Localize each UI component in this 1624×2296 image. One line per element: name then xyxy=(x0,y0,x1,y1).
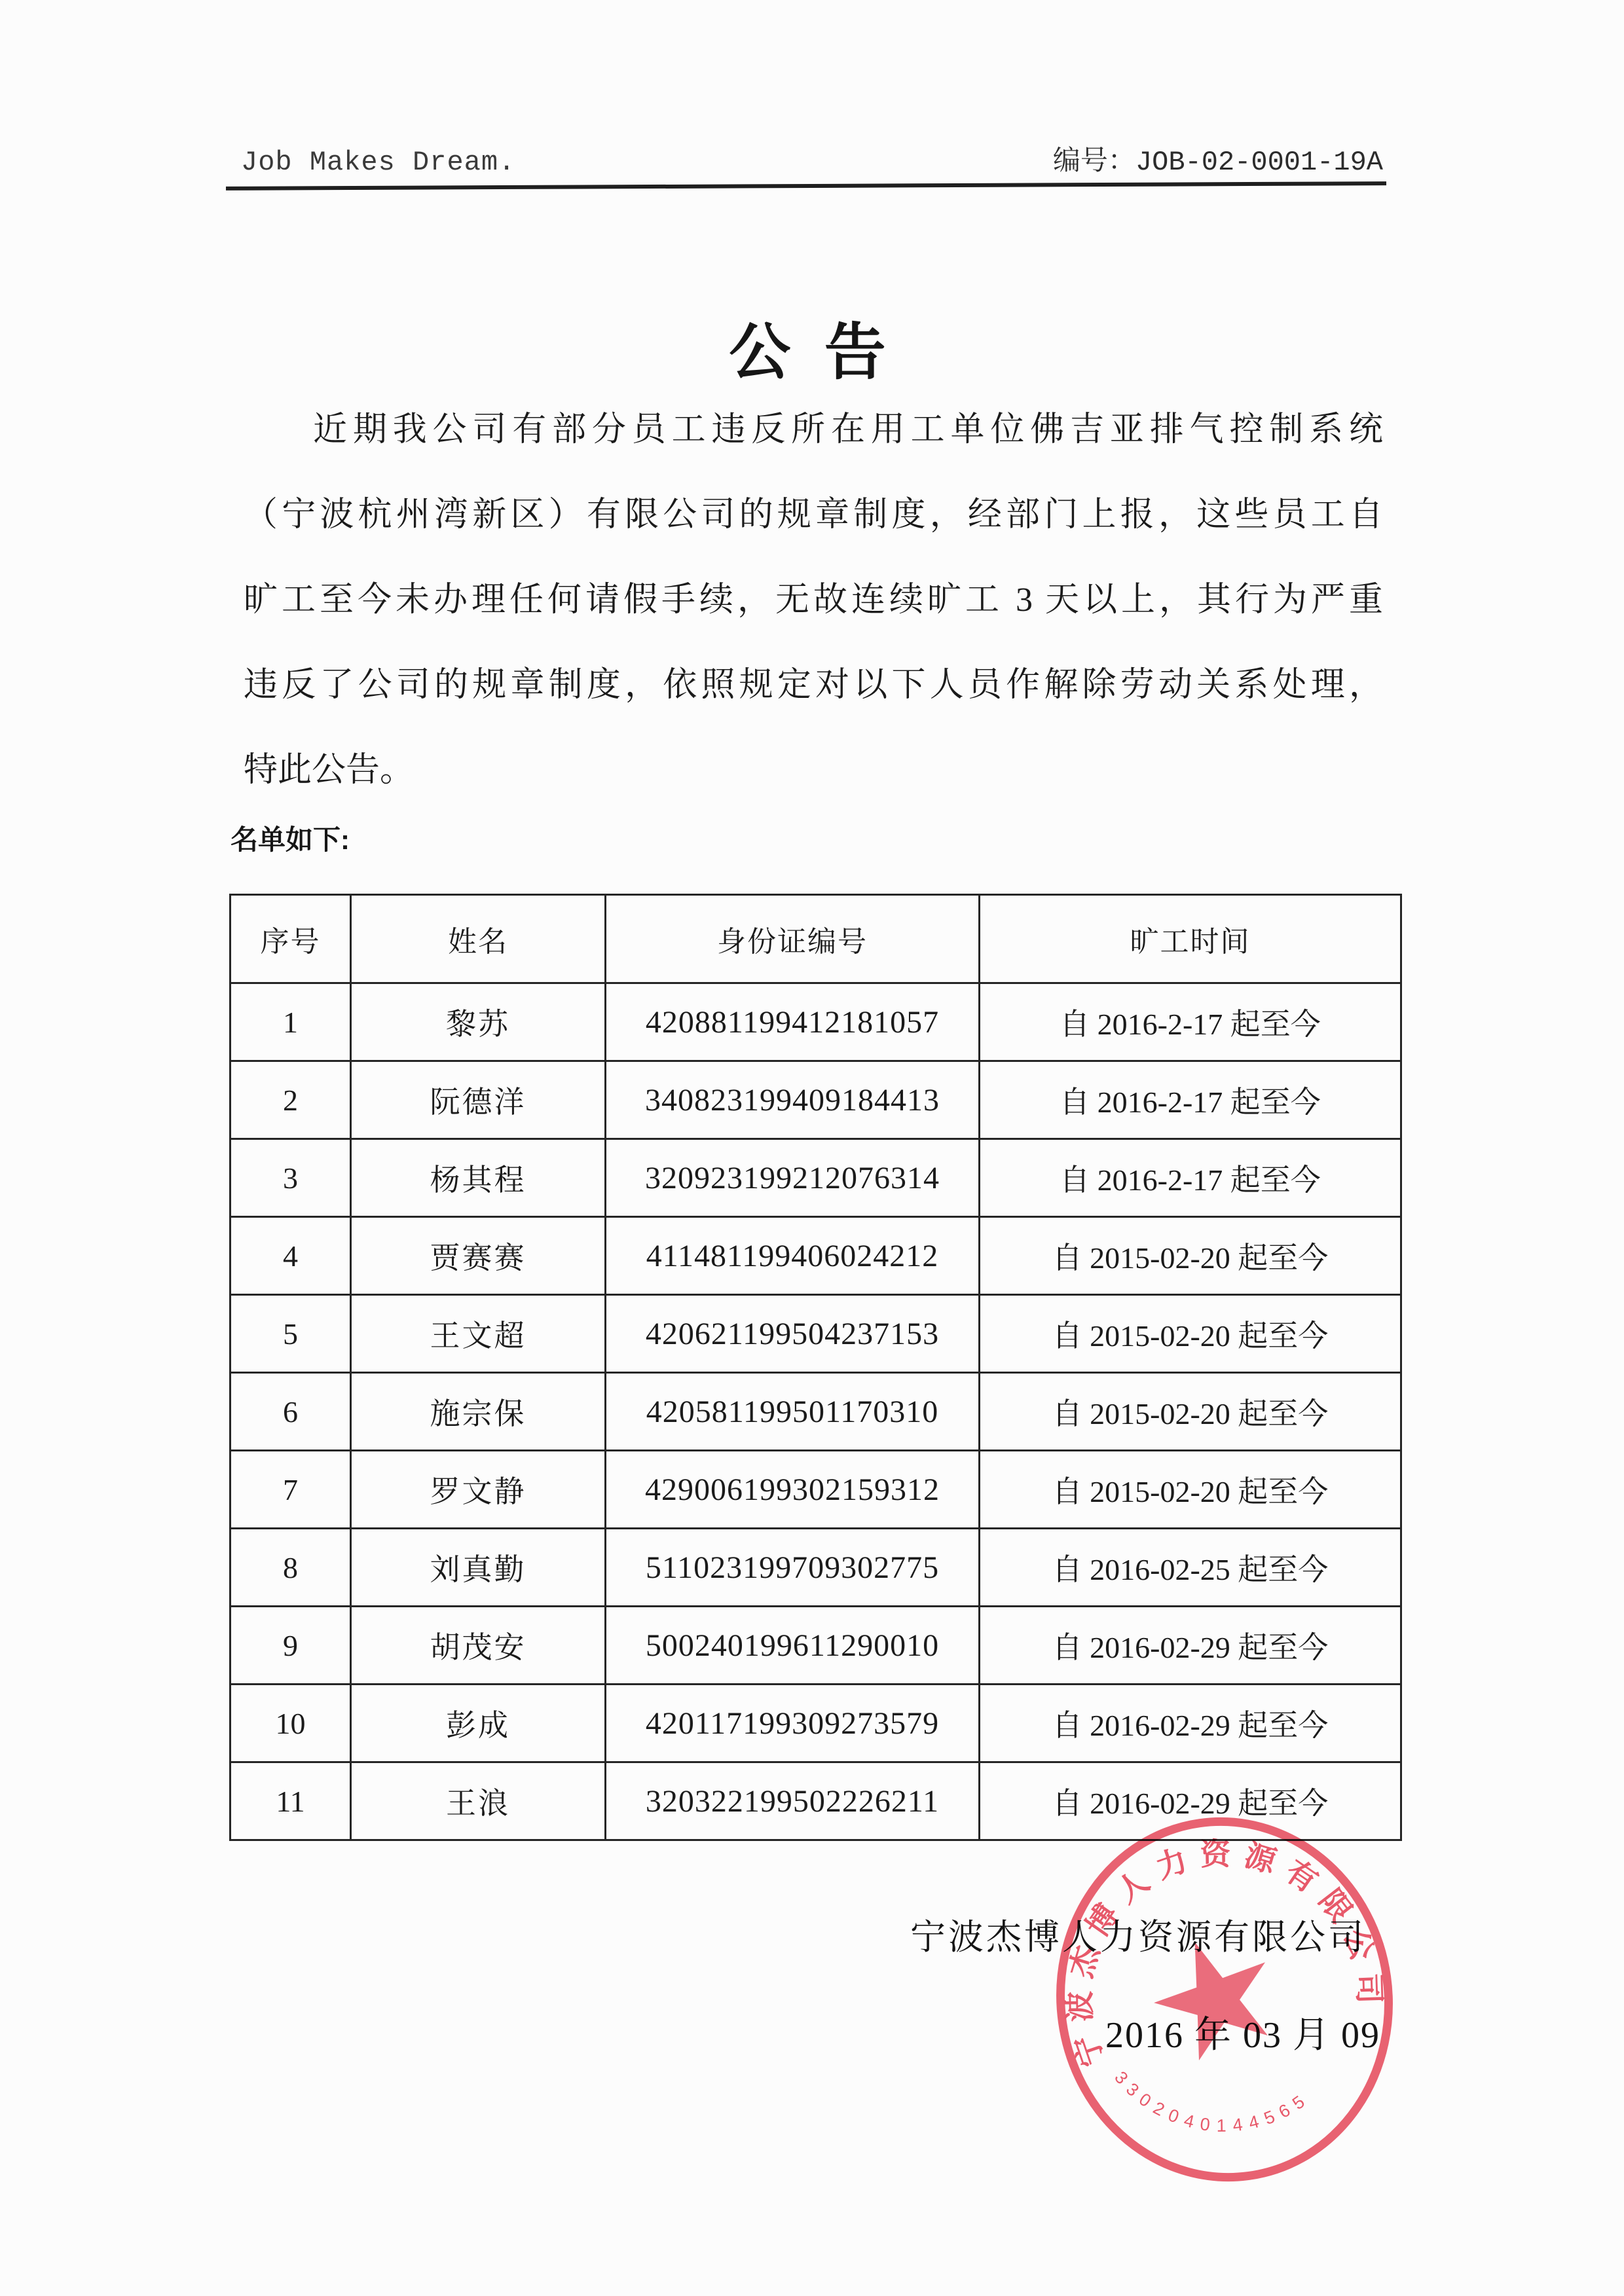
table-cell-id-number: 320322199502226211 xyxy=(606,1762,980,1840)
table-cell-name: 胡茂安 xyxy=(351,1607,606,1685)
table-cell-index: 5 xyxy=(231,1295,351,1373)
table-cell-name: 罗文静 xyxy=(351,1451,606,1529)
table-cell-index: 1 xyxy=(231,983,351,1061)
table-cell-index: 7 xyxy=(231,1451,351,1529)
table-cell-absence-period: 自 2016-02-29 起至今 xyxy=(980,1607,1401,1685)
body-line: 特此公告。 xyxy=(244,728,1383,813)
table-cell-id-number: 420881199412181057 xyxy=(606,983,980,1061)
table-cell-index: 4 xyxy=(231,1217,351,1295)
table-cell-name: 贾赛赛 xyxy=(351,1217,606,1295)
document-page: Job Makes Dream. 编号：JOB-02-0001-19A 公 告 … xyxy=(0,0,1624,2296)
body-line: （宁波杭州湾新区）有限公司的规章制度，经部门上报，这些员工自 xyxy=(244,473,1383,558)
table-cell-id-number: 420621199504237153 xyxy=(606,1295,980,1373)
table-cell-name: 施宗保 xyxy=(351,1373,606,1451)
table-row: 10彭成420117199309273579自 2016-02-29 起至今 xyxy=(231,1685,1401,1762)
table-cell-absence-period: 自 2015-02-20 起至今 xyxy=(980,1451,1401,1529)
body-line: 近期我公司有部分员工违反所在用工单位佛吉亚排气控制系统 xyxy=(244,388,1383,473)
table-cell-index: 2 xyxy=(231,1061,351,1139)
announcement-body: 近期我公司有部分员工违反所在用工单位佛吉亚排气控制系统 （宁波杭州湾新区）有限公… xyxy=(244,388,1383,813)
table-row: 2阮德洋340823199409184413自 2016-2-17 起至今 xyxy=(231,1061,1401,1139)
seal-star-icon xyxy=(1139,1922,1289,2068)
header-divider-line xyxy=(226,181,1386,191)
body-line: 旷工至今未办理任何请假手续，无故连续旷工 3 天以上，其行为严重 xyxy=(244,558,1383,643)
table-cell-name: 杨其程 xyxy=(351,1139,606,1217)
page-title: 公 告 xyxy=(0,302,1624,391)
document-number: 编号：JOB-02-0001-19A xyxy=(1053,139,1383,178)
table-cell-index: 8 xyxy=(231,1529,351,1607)
body-line: 违反了公司的规章制度，依照规定对以下人员作解除劳动关系处理， xyxy=(244,643,1383,728)
table-cell-index: 9 xyxy=(231,1607,351,1685)
table-cell-id-number: 429006199302159312 xyxy=(606,1451,980,1529)
seal-serial-number: 3302040144565 xyxy=(1109,2042,1317,2151)
roster-label: 名单如下: xyxy=(231,818,350,858)
document-number-label: 编号： xyxy=(1053,146,1135,176)
table-cell-absence-period: 自 2015-02-20 起至今 xyxy=(980,1373,1401,1451)
table-cell-absence-period: 自 2016-2-17 起至今 xyxy=(980,983,1401,1061)
column-header-absence-period: 旷工时间 xyxy=(980,895,1401,983)
column-header-name: 姓名 xyxy=(351,895,606,983)
table-cell-name: 刘真勤 xyxy=(351,1529,606,1607)
table-cell-absence-period: 自 2016-02-29 起至今 xyxy=(980,1685,1401,1762)
svg-text:3302040144565: 3302040144565 xyxy=(1109,2042,1317,2151)
table-cell-index: 10 xyxy=(231,1685,351,1762)
table-cell-name: 黎苏 xyxy=(351,983,606,1061)
table-cell-id-number: 340823199409184413 xyxy=(606,1061,980,1139)
table-cell-id-number: 411481199406024212 xyxy=(606,1217,980,1295)
document-number-code: JOB-02-0001-19A xyxy=(1135,147,1383,178)
table-row: 1黎苏420881199412181057自 2016-2-17 起至今 xyxy=(231,983,1401,1061)
table-cell-id-number: 420117199309273579 xyxy=(606,1685,980,1762)
table-cell-index: 6 xyxy=(231,1373,351,1451)
column-header-id-number: 身份证编号 xyxy=(606,895,980,983)
table-cell-absence-period: 自 2015-02-20 起至今 xyxy=(980,1295,1401,1373)
table-cell-absence-period: 自 2016-2-17 起至今 xyxy=(980,1061,1401,1139)
table-row: 3杨其程320923199212076314自 2016-2-17 起至今 xyxy=(231,1139,1401,1217)
table-cell-id-number: 511023199709302775 xyxy=(606,1529,980,1607)
company-slogan: Job Makes Dream. xyxy=(241,147,515,178)
table-cell-index: 11 xyxy=(231,1762,351,1840)
table-cell-index: 3 xyxy=(231,1139,351,1217)
table-row: 7罗文静429006199302159312自 2015-02-20 起至今 xyxy=(231,1451,1401,1529)
table-cell-id-number: 420581199501170310 xyxy=(606,1373,980,1451)
table-cell-name: 彭成 xyxy=(351,1685,606,1762)
table-row: 8刘真勤511023199709302775自 2016-02-25 起至今 xyxy=(231,1529,1401,1607)
column-header-index: 序号 xyxy=(231,895,351,983)
table-row: 6施宗保420581199501170310自 2015-02-20 起至今 xyxy=(231,1373,1401,1451)
table-header-row: 序号 姓名 身份证编号 旷工时间 xyxy=(231,895,1401,983)
table-cell-absence-period: 自 2016-2-17 起至今 xyxy=(980,1139,1401,1217)
table-row: 9胡茂安500240199611290010自 2016-02-29 起至今 xyxy=(231,1607,1401,1685)
table-cell-name: 王浪 xyxy=(351,1762,606,1840)
document-header: Job Makes Dream. 编号：JOB-02-0001-19A xyxy=(241,139,1383,178)
table-cell-name: 王文超 xyxy=(351,1295,606,1373)
table-cell-name: 阮德洋 xyxy=(351,1061,606,1139)
table-row: 4贾赛赛411481199406024212自 2015-02-20 起至今 xyxy=(231,1217,1401,1295)
company-seal-stamp: 宁波杰博人力资源有限公司 3302040144565 xyxy=(995,1769,1454,2227)
absence-roster-table: 序号 姓名 身份证编号 旷工时间 1黎苏420881199412181057自 … xyxy=(229,894,1402,1841)
table-row: 5王文超420621199504237153自 2015-02-20 起至今 xyxy=(231,1295,1401,1373)
table-cell-absence-period: 自 2015-02-20 起至今 xyxy=(980,1217,1401,1295)
table-cell-id-number: 500240199611290010 xyxy=(606,1607,980,1685)
table-cell-id-number: 320923199212076314 xyxy=(606,1139,980,1217)
table-cell-absence-period: 自 2016-02-25 起至今 xyxy=(980,1529,1401,1607)
